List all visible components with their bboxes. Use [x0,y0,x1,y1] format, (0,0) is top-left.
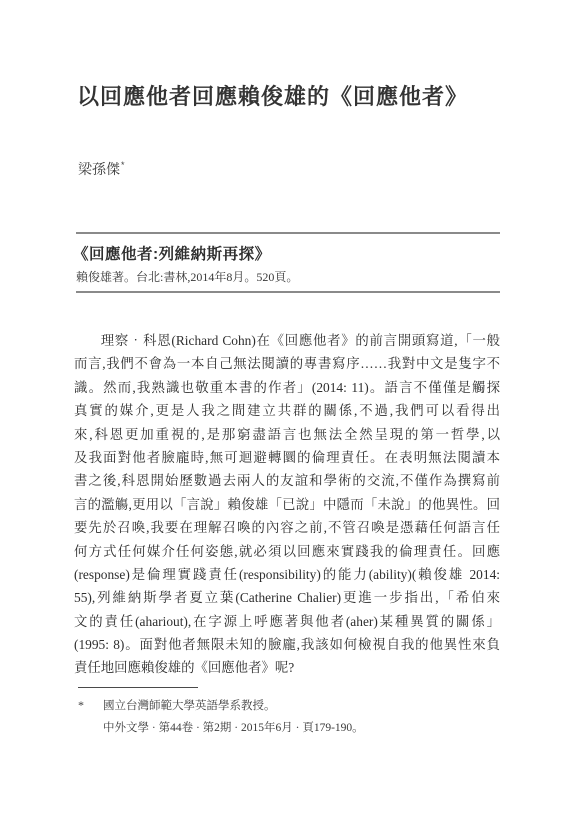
document-page: 以回應他者回應賴俊雄的《回應他者》 梁孫傑* 《回應他者:列維納斯再探》 賴俊雄… [0,0,565,815]
paragraph-line: 文的責任(ahariout),在字源上呼應著與他者(aher)某種異質的關係」 [74,610,500,633]
paragraph-line: 言的濫觴,更用以「言說」賴俊雄「已說」中隱而「未說」的他異性。回應 [74,493,500,516]
review-body-paragraph: 理察‧科恩(Richard Cohn)在《回應他者》的前言開頭寫道,「一般而言,… [74,329,500,680]
paragraph-line: (response)是倫理實踐責任(responsibility)的能力(abi… [74,563,500,586]
paragraph-line: 及我面對他者臉龐時,無可迴避轉圜的倫理責任。在表明無法閱讀本 [74,446,500,469]
paragraph-line: 理察‧科恩(Richard Cohn)在《回應他者》的前言開頭寫道,「一般 [74,329,500,352]
paragraph-line: 來,科恩更加重視的,是那窮盡語言也無法全然呈現的第一哲學,以 [74,423,500,446]
paragraph-line: 55),列維納斯學者夏立葉(Catherine Chalier)更進一步指出,「… [74,586,500,609]
footnote-marker: * [78,694,103,716]
reviewed-book-publication: 賴俊雄著。台北:書林,2014年8月。520頁。 [76,269,500,285]
footnote-journal-citation: 中外文學 · 第44卷 · 第2期 · 2015年6月 · 頁179-190。 [78,717,500,739]
footnote-affiliation-line: *國立台灣師範大學英語學系教授。 [78,694,500,717]
paragraph-line: 何方式任何媒介任何姿態,就必須以回應來實踐我的倫理責任。回應 [74,540,500,563]
paragraph-line: (1995: 8)。面對他者無限未知的臉龐,我該如何檢視自我的他異性來負 [74,633,500,656]
footnote: *國立台灣師範大學英語學系教授。 中外文學 · 第44卷 · 第2期 · 201… [78,694,500,739]
author-note-marker: * [121,160,125,170]
paragraph-line: 而言,我們不會為一本自己無法閱讀的專書寫序……我對中文是隻字不 [74,352,500,375]
paragraph-line: 識。然而,我熟識也敬重本書的作者」(2014: 11)。語言不僅僅是觸探 [74,376,500,399]
paragraph-line: 真實的媒介,更是人我之間建立共群的關係,不過,我們可以看得出 [74,399,500,422]
footnote-separator [78,687,198,688]
reviewed-book-title: 《回應他者:列維納斯再探》 [73,245,500,265]
footnote-affiliation: 國立台灣師範大學英語學系教授。 [103,700,276,712]
author-line: 梁孫傑* [78,159,125,179]
paragraph-line: 要先於召喚,我要在理解召喚的內容之前,不管召喚是憑藉任何語言任 [74,516,500,539]
paragraph-line: 書之後,科恩開始歷數過去兩人的友誼和學術的交流,不僅作為撰寫前 [74,469,500,492]
reviewed-book-panel: 《回應他者:列維納斯再探》 賴俊雄著。台北:書林,2014年8月。520頁。 [76,232,500,293]
page-title: 以回應他者回應賴俊雄的《回應他者》 [77,84,468,109]
author-name: 梁孫傑 [78,161,120,177]
paragraph-line: 責任地回應賴俊雄的《回應他者》呢? [74,656,500,679]
